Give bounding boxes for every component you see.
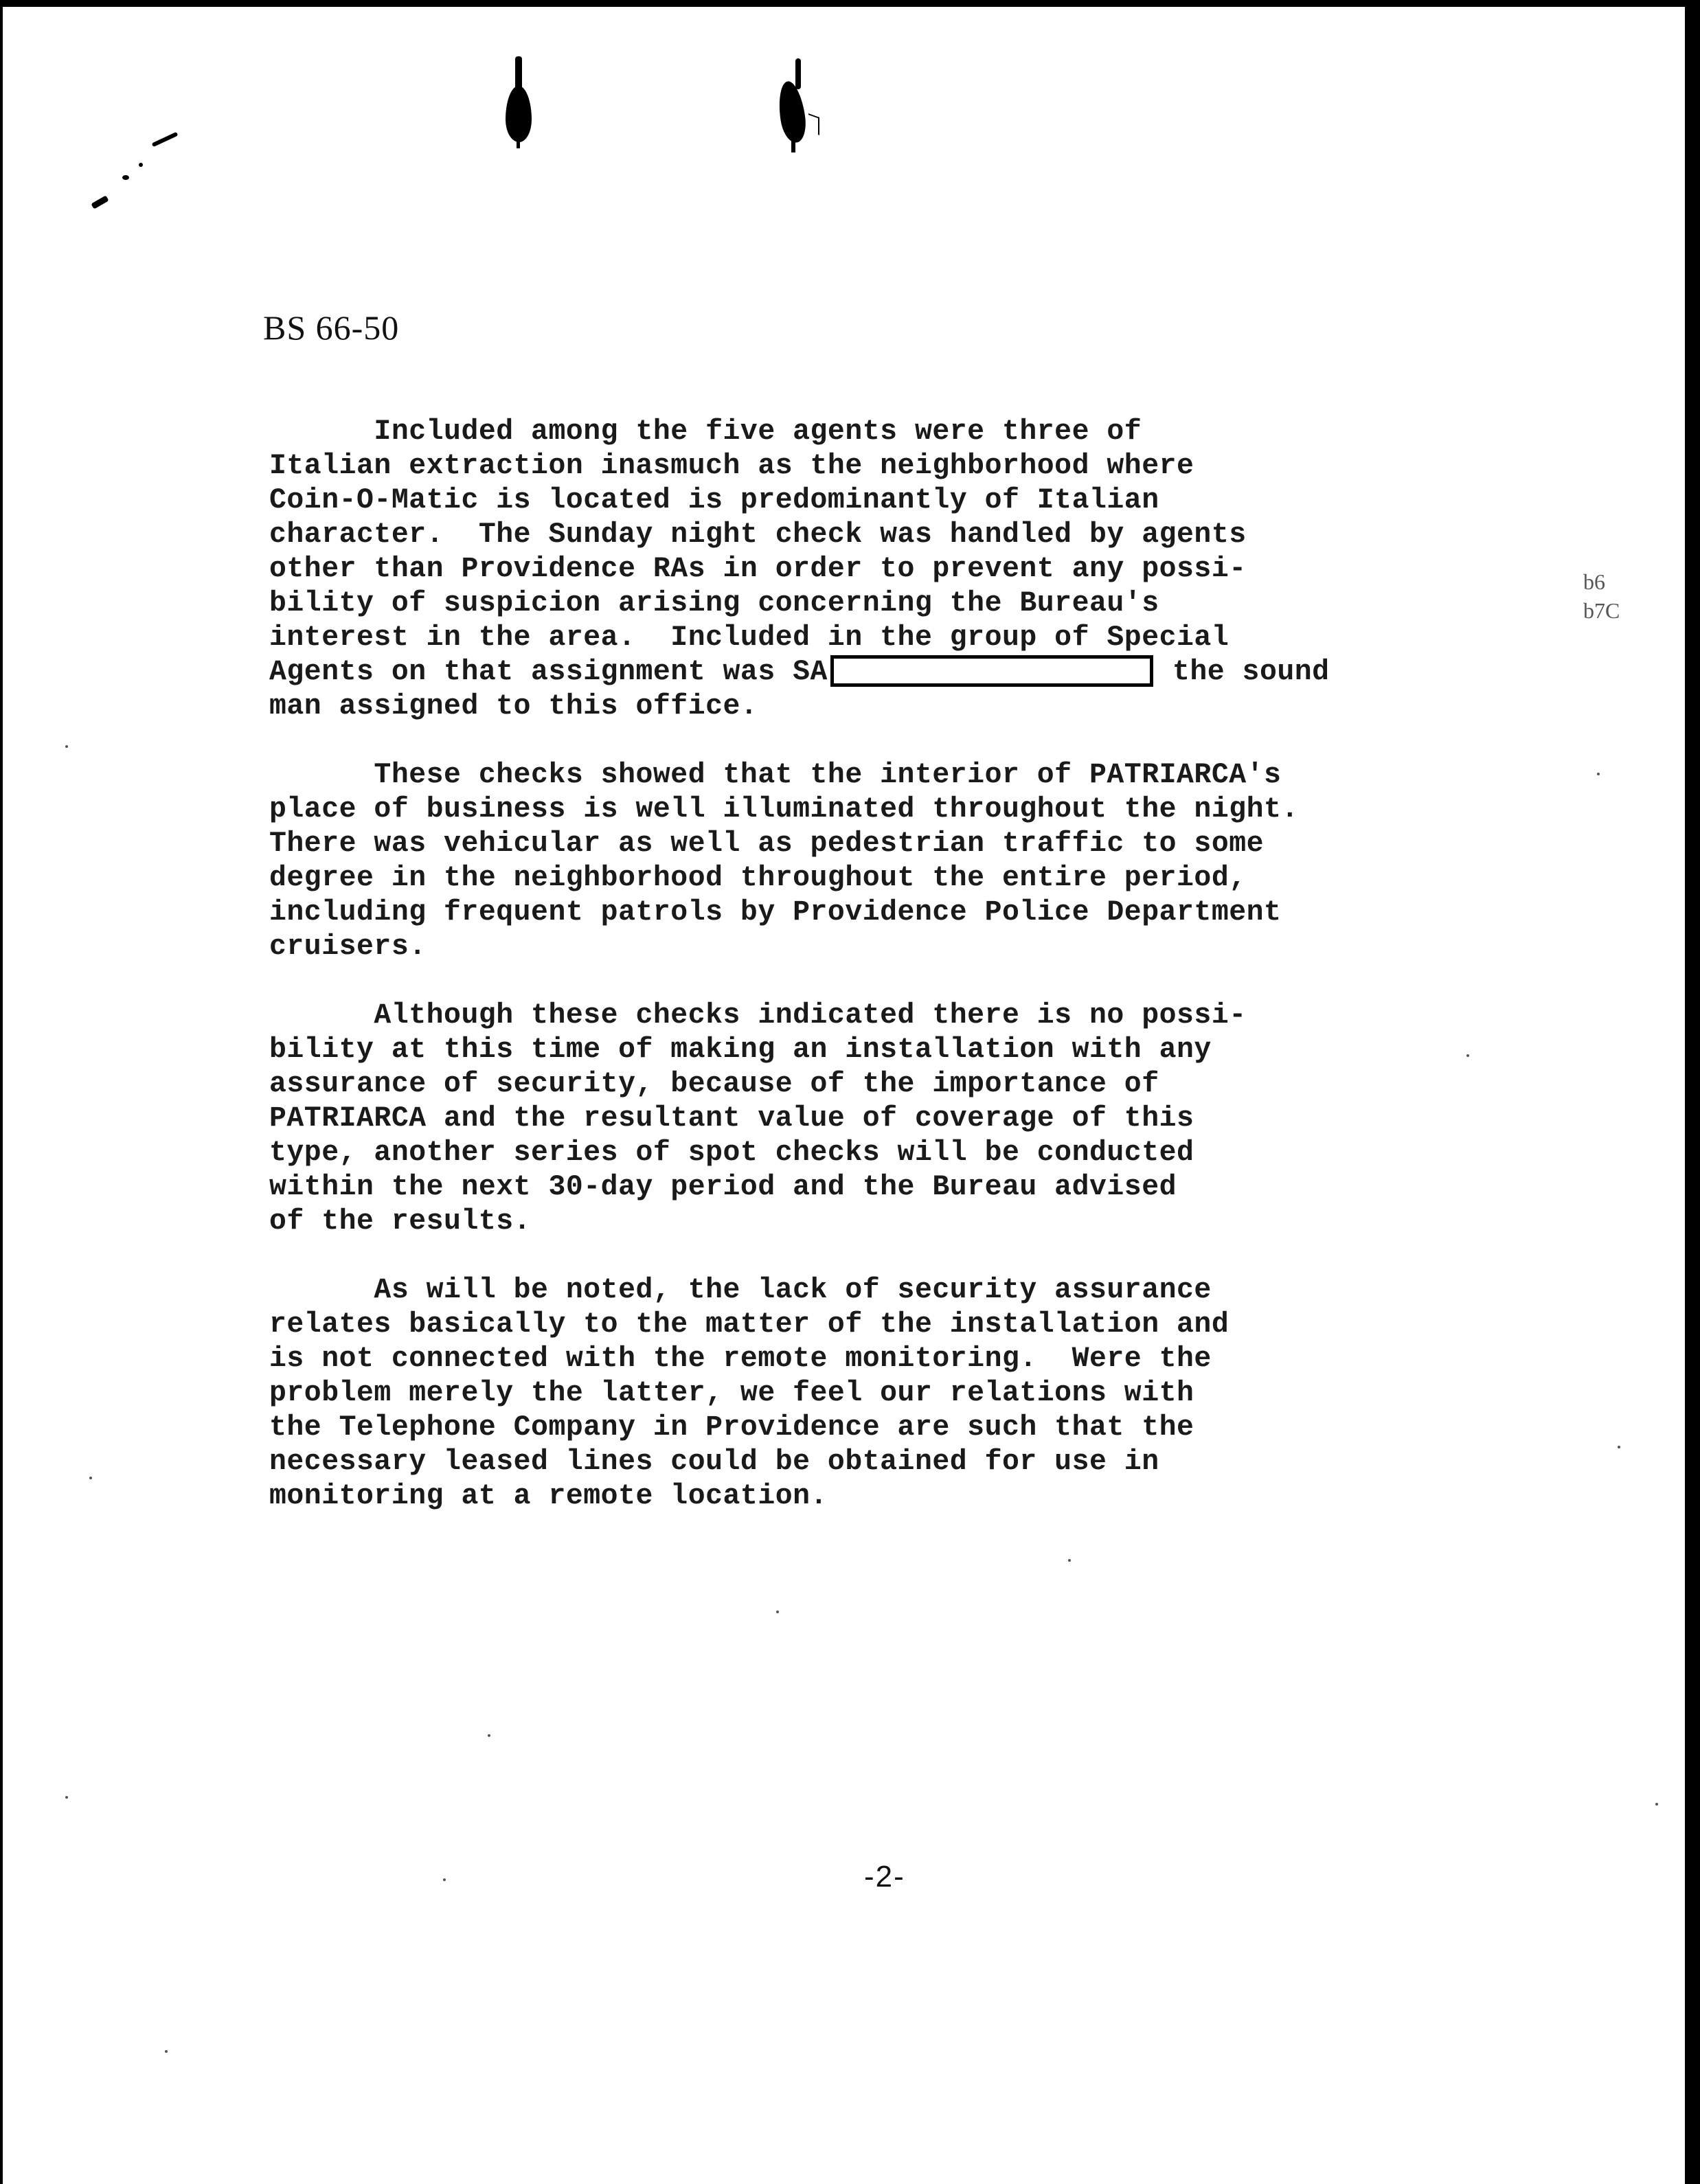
- speck: [488, 1734, 490, 1737]
- text-line: There was vehicular as well as pedestria…: [269, 827, 1519, 861]
- speck: [1655, 1803, 1658, 1806]
- stray-mark: [139, 163, 143, 167]
- text-line: monitoring at a remote location.: [269, 1479, 1519, 1514]
- text-line: of the results.: [269, 1205, 1519, 1239]
- text-line: place of business is well illuminated th…: [269, 793, 1519, 827]
- text-line: including frequent patrols by Providence…: [269, 896, 1519, 930]
- document-body: Included among the five agents were thre…: [269, 415, 1519, 1514]
- scan-border-left: [0, 0, 3, 2184]
- punch-hole-mark-left-tail: [517, 137, 520, 148]
- text-line: Although these checks indicated there is…: [269, 999, 1519, 1033]
- stray-mark: [122, 175, 129, 180]
- speck: [1068, 1559, 1071, 1562]
- text-line: As will be noted, the lack of security a…: [269, 1273, 1519, 1308]
- text-line: other than Providence RAs in order to pr…: [269, 552, 1519, 587]
- speck: [1618, 1446, 1620, 1448]
- paragraph-gap: [269, 964, 1519, 999]
- paragraph-gap: [269, 724, 1519, 758]
- speck: [443, 1878, 446, 1881]
- text-line: necessary leased lines could be obtained…: [269, 1445, 1519, 1479]
- punch-hole-mark-right-tail: [791, 137, 795, 152]
- text-line: interest in the area. Included in the gr…: [269, 621, 1519, 655]
- text-line: assurance of security, because of the im…: [269, 1067, 1519, 1102]
- punch-hole-mark-right: [775, 80, 808, 144]
- text-line: relates basically to the matter of the i…: [269, 1308, 1519, 1342]
- text-line: Included among the five agents were thre…: [269, 415, 1519, 449]
- text-line: Coin-O-Matic is located is predominantly…: [269, 484, 1519, 518]
- punch-hole-mark-left: [506, 86, 532, 142]
- text-line: the Telephone Company in Providence are …: [269, 1411, 1519, 1445]
- text-line: within the next 30-day period and the Bu…: [269, 1170, 1519, 1205]
- exemption-code: b7C: [1583, 596, 1620, 625]
- paragraph: These checks showed that the interior of…: [269, 758, 1519, 964]
- foia-exemption-codes: b6b7C: [1583, 567, 1620, 625]
- paragraph-gap: [269, 1239, 1519, 1273]
- text-line: man assigned to this office.: [269, 690, 1519, 724]
- text-line: character. The Sunday night check was ha…: [269, 518, 1519, 552]
- speck: [776, 1611, 779, 1613]
- file-number: BS 66-50: [263, 308, 399, 348]
- text-line: bility of suspicion arising concerning t…: [269, 587, 1519, 621]
- stray-mark: [152, 132, 179, 147]
- text-line: PATRIARCA and the resultant value of cov…: [269, 1102, 1519, 1136]
- punch-hole-mark-right-stem: [795, 58, 801, 89]
- scan-border-right: [1685, 0, 1700, 2184]
- speck: [89, 1477, 92, 1479]
- text-line: These checks showed that the interior of…: [269, 758, 1519, 793]
- page-number: -2-: [864, 1860, 905, 1894]
- speck: [65, 1796, 68, 1799]
- exemption-code: b6: [1583, 567, 1620, 596]
- text-line: Italian extraction inasmuch as the neigh…: [269, 449, 1519, 484]
- paragraph: As will be noted, the lack of security a…: [269, 1273, 1519, 1514]
- text-line: problem merely the latter, we feel our r…: [269, 1376, 1519, 1411]
- text-line: type, another series of spot checks will…: [269, 1136, 1519, 1170]
- stray-mark: [91, 195, 109, 209]
- text-line: bility at this time of making an install…: [269, 1033, 1519, 1067]
- text-fragment: the sound: [1172, 656, 1330, 688]
- text-line-with-redaction: Agents on that assignment was SAthe soun…: [269, 655, 1519, 690]
- text-fragment: Agents on that assignment was SA: [269, 656, 828, 688]
- paragraph: Included among the five agents were thre…: [269, 415, 1519, 724]
- paragraph: Although these checks indicated there is…: [269, 999, 1519, 1239]
- speck: [165, 2050, 168, 2053]
- scan-border-top: [0, 0, 1700, 7]
- punch-hole-mark-right-hook: [808, 113, 819, 135]
- text-line: cruisers.: [269, 930, 1519, 964]
- speck: [65, 745, 68, 748]
- document-page: BS 66-50 b6b7C Included among the five a…: [0, 0, 1700, 2184]
- text-line: is not connected with the remote monitor…: [269, 1342, 1519, 1376]
- speck: [1597, 773, 1600, 775]
- redaction-box: [830, 655, 1153, 687]
- text-line: degree in the neighborhood throughout th…: [269, 861, 1519, 896]
